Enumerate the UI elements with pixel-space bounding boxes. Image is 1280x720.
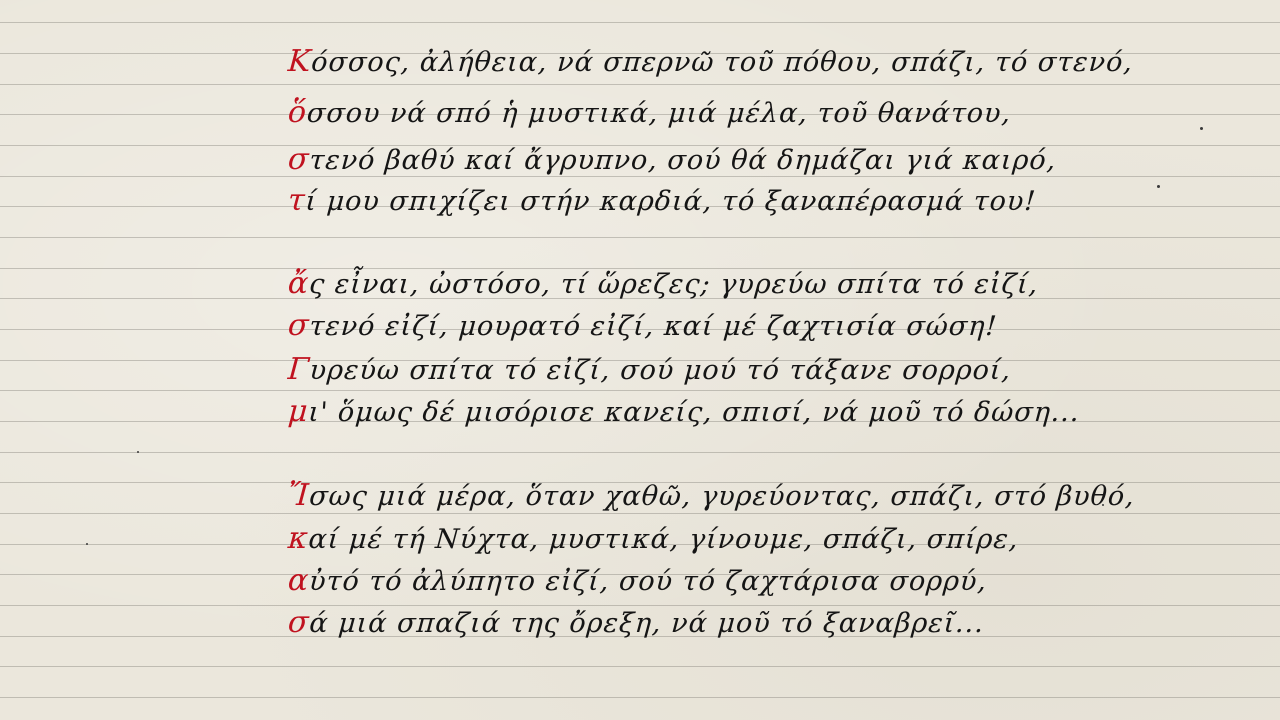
poem-line: στενό εἰζί, μουρατό εἰζί, καί μέ ζαχτισί… xyxy=(287,308,999,343)
line-text: ι' ὅμως δέ μισόρισε κανείς, σπισί, νά μο… xyxy=(307,397,1080,428)
poem-line: καί μέ τή Νύχτα, μυστικά, γίνουμε, σπάζι… xyxy=(287,521,1020,556)
paper-speck xyxy=(1157,185,1160,188)
line-text: ά μιά σπαζιά της ὄρεξη, νά μοῦ τό ξαναβρ… xyxy=(308,608,985,639)
line-text: ὐτό τό ἀλύπητο εἰζί, σού τό ζαχτάρισα σο… xyxy=(308,566,988,597)
ruled-line xyxy=(0,697,1280,698)
poem-line: ὅσσου νά σπό ἡ μυστικά, μιά μέλα, τοῦ θα… xyxy=(287,95,1013,130)
line-text: τενό βαθύ καί ἄγρυπνο, σού θά δημάζαι γι… xyxy=(308,145,1057,176)
line-text: αί μέ τή Νύχτα, μυστικά, γίνουμε, σπάζι,… xyxy=(308,524,1020,555)
red-initial: Γ xyxy=(287,352,311,387)
poem-line: σά μιά σπαζιά της ὄρεξη, νά μοῦ τό ξαναβ… xyxy=(287,605,986,640)
line-text: ί μου σπιχίζει στήν καρδιά, τό ξαναπέρασ… xyxy=(304,186,1037,217)
ruled-line xyxy=(0,390,1280,391)
line-text: σσου νά σπό ἡ μυστικά, μιά μέλα, τοῦ θαν… xyxy=(306,98,1012,129)
line-text: όσσος, ἀλήθεια, νά σπερνῶ τοῦ πόθου, σπά… xyxy=(310,47,1134,78)
ruled-line xyxy=(0,84,1280,85)
poem-line: Γυρεύω σπίτα τό εἰζί, σού μού τό τάξανε … xyxy=(287,352,1013,387)
red-initial: α xyxy=(287,563,311,598)
poem-line: Κόσσος, ἀλήθεια, νά σπερνῶ τοῦ πόθου, σπ… xyxy=(287,44,1135,79)
red-initial: κ xyxy=(287,521,310,556)
ruled-line xyxy=(0,666,1280,667)
ruled-line xyxy=(0,452,1280,453)
poem-line: μι' ὅμως δέ μισόρισε κανείς, σπισί, νά μ… xyxy=(287,394,1081,429)
red-initial: ὅ xyxy=(287,95,309,130)
ruled-line xyxy=(0,237,1280,238)
ruled-line xyxy=(0,22,1280,23)
line-text: σως μιά μέρα, ὅταν χαθῶ, γυρεύοντας, σπά… xyxy=(308,481,1136,512)
poem-line: αὐτό τό ἀλύπητο εἰζί, σού τό ζαχτάρισα σ… xyxy=(287,563,989,598)
poem-line: Ἴσως μιά μέρα, ὅταν χαθῶ, γυρεύοντας, σπ… xyxy=(287,478,1136,513)
red-initial: ἄ xyxy=(287,266,311,301)
line-text: τενό εἰζί, μουρατό εἰζί, καί μέ ζαχτισία… xyxy=(308,311,998,342)
line-text: ς εἶναι, ὠστόσο, τί ὥρεζες; γυρεύω σπίτα… xyxy=(308,269,1039,300)
paper-speck xyxy=(137,451,139,453)
ruled-line xyxy=(0,513,1280,514)
poem-line: στενό βαθύ καί ἄγρυπνο, σού θά δημάζαι γ… xyxy=(287,142,1058,177)
paper-speck xyxy=(86,543,88,545)
red-initial: Κ xyxy=(287,44,313,79)
line-text: υρεύω σπίτα τό εἰζί, σού μού τό τάξανε σ… xyxy=(309,355,1013,386)
red-initial: μ xyxy=(287,394,310,429)
red-initial: Ἴ xyxy=(287,478,311,513)
poem-line: ἄς εἶναι, ὠστόσο, τί ὥρεζες; γυρεύω σπίτ… xyxy=(287,266,1040,301)
poem-line: τί μου σπιχίζει στήν καρδιά, τό ξαναπέρα… xyxy=(287,183,1038,218)
lined-paper-page: Κόσσος, ἀλήθεια, νά σπερνῶ τοῦ πόθου, σπ… xyxy=(0,0,1280,720)
paper-speck xyxy=(1200,127,1203,130)
